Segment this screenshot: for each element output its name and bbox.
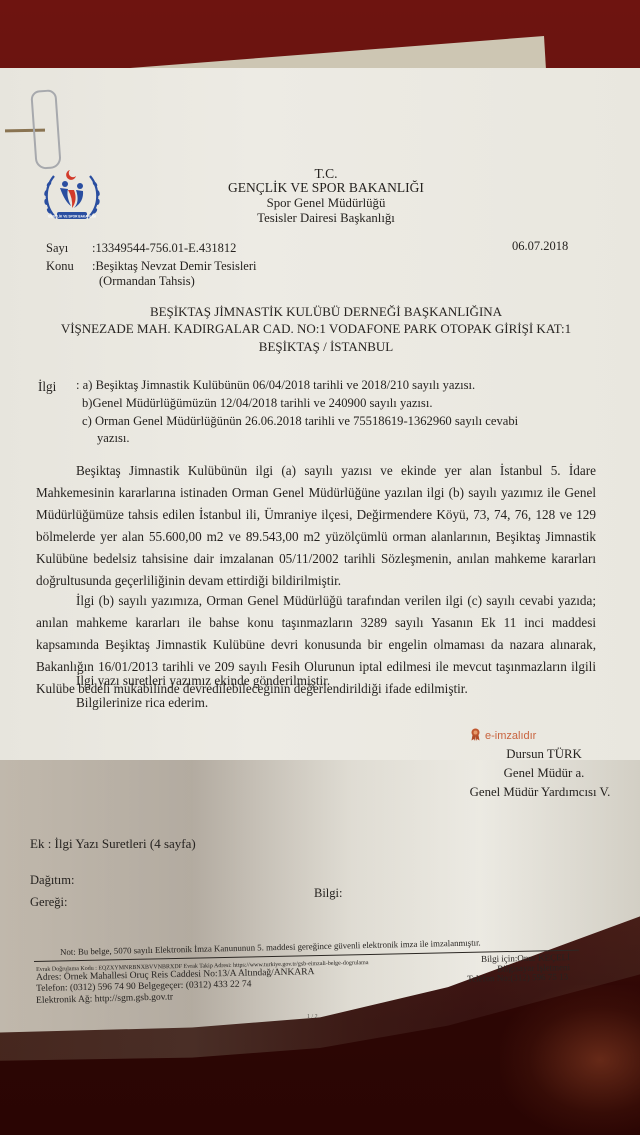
closing-line: Bilgilerinize rica ederim. [76, 692, 208, 714]
body-paragraph: Beşiktaş Jimnastik Kulübünün ilgi (a) sa… [36, 460, 596, 592]
konu-label: Konu [46, 259, 74, 274]
ilgi-item: b)Genel Müdürlüğümüzün 12/04/2018 tarihl… [82, 396, 432, 411]
letterhead-department: Tesisler Dairesi Başkanlığı [6, 210, 640, 226]
e-signature-badge: e-imzalıdır [470, 726, 536, 744]
attachment-line: Ek : İlgi Yazı Suretleri (4 sayfa) [30, 836, 196, 852]
document-date: 06.07.2018 [512, 239, 568, 254]
distribution-label: Dağıtım: [30, 873, 74, 888]
info-label: Bilgi: [314, 886, 342, 901]
body-paragraph: İlgi yazı suretleri yazımız ekinde gönde… [76, 670, 330, 692]
signatory-title: Genel Müdür a. [424, 764, 640, 783]
sayi-value: :13349544-756.01-E.431812 [92, 241, 236, 256]
sayi-label: Sayı [46, 241, 68, 256]
recipient-city: BEŞİKTAŞ / İSTANBUL [6, 339, 640, 355]
signatory-role: Genel Müdür Yardımcısı V. [420, 783, 640, 802]
letterhead-ministry: GENÇLİK VE SPOR BAKANLIĞI [6, 180, 640, 196]
signatory-name: Dursun TÜRK [424, 745, 640, 764]
ilgi-label: İlgi [38, 376, 56, 398]
e-signature-ribbon-icon [470, 728, 481, 741]
konu-value: :Beşiktaş Nevzat Demir Tesisleri [92, 259, 256, 274]
letterhead-directorate: Spor Genel Müdürlüğü [6, 195, 640, 211]
ilgi-item: : a) Beşiktaş Jimnastik Kulübünün 06/04/… [76, 378, 475, 393]
ilgi-item: c) Orman Genel Müdürlüğünün 26.06.2018 t… [82, 414, 518, 429]
recipient-name: BEŞİKTAŞ JİMNASTİK KULÜBÜ DERNEĞİ BAŞKAN… [6, 304, 640, 320]
ilgi-item-continued: yazısı. [97, 431, 130, 446]
paperclip-icon [30, 89, 61, 170]
background-glow [500, 985, 640, 1135]
recipient-address: VİŞNEZADE MAH. KADIRGALAR CAD. NO:1 VODA… [0, 321, 636, 337]
action-label: Gereği: [30, 895, 67, 910]
page-number: 1 / 2 [307, 1014, 318, 1020]
konu-value-sub: (Ormandan Tahsis) [99, 274, 195, 289]
